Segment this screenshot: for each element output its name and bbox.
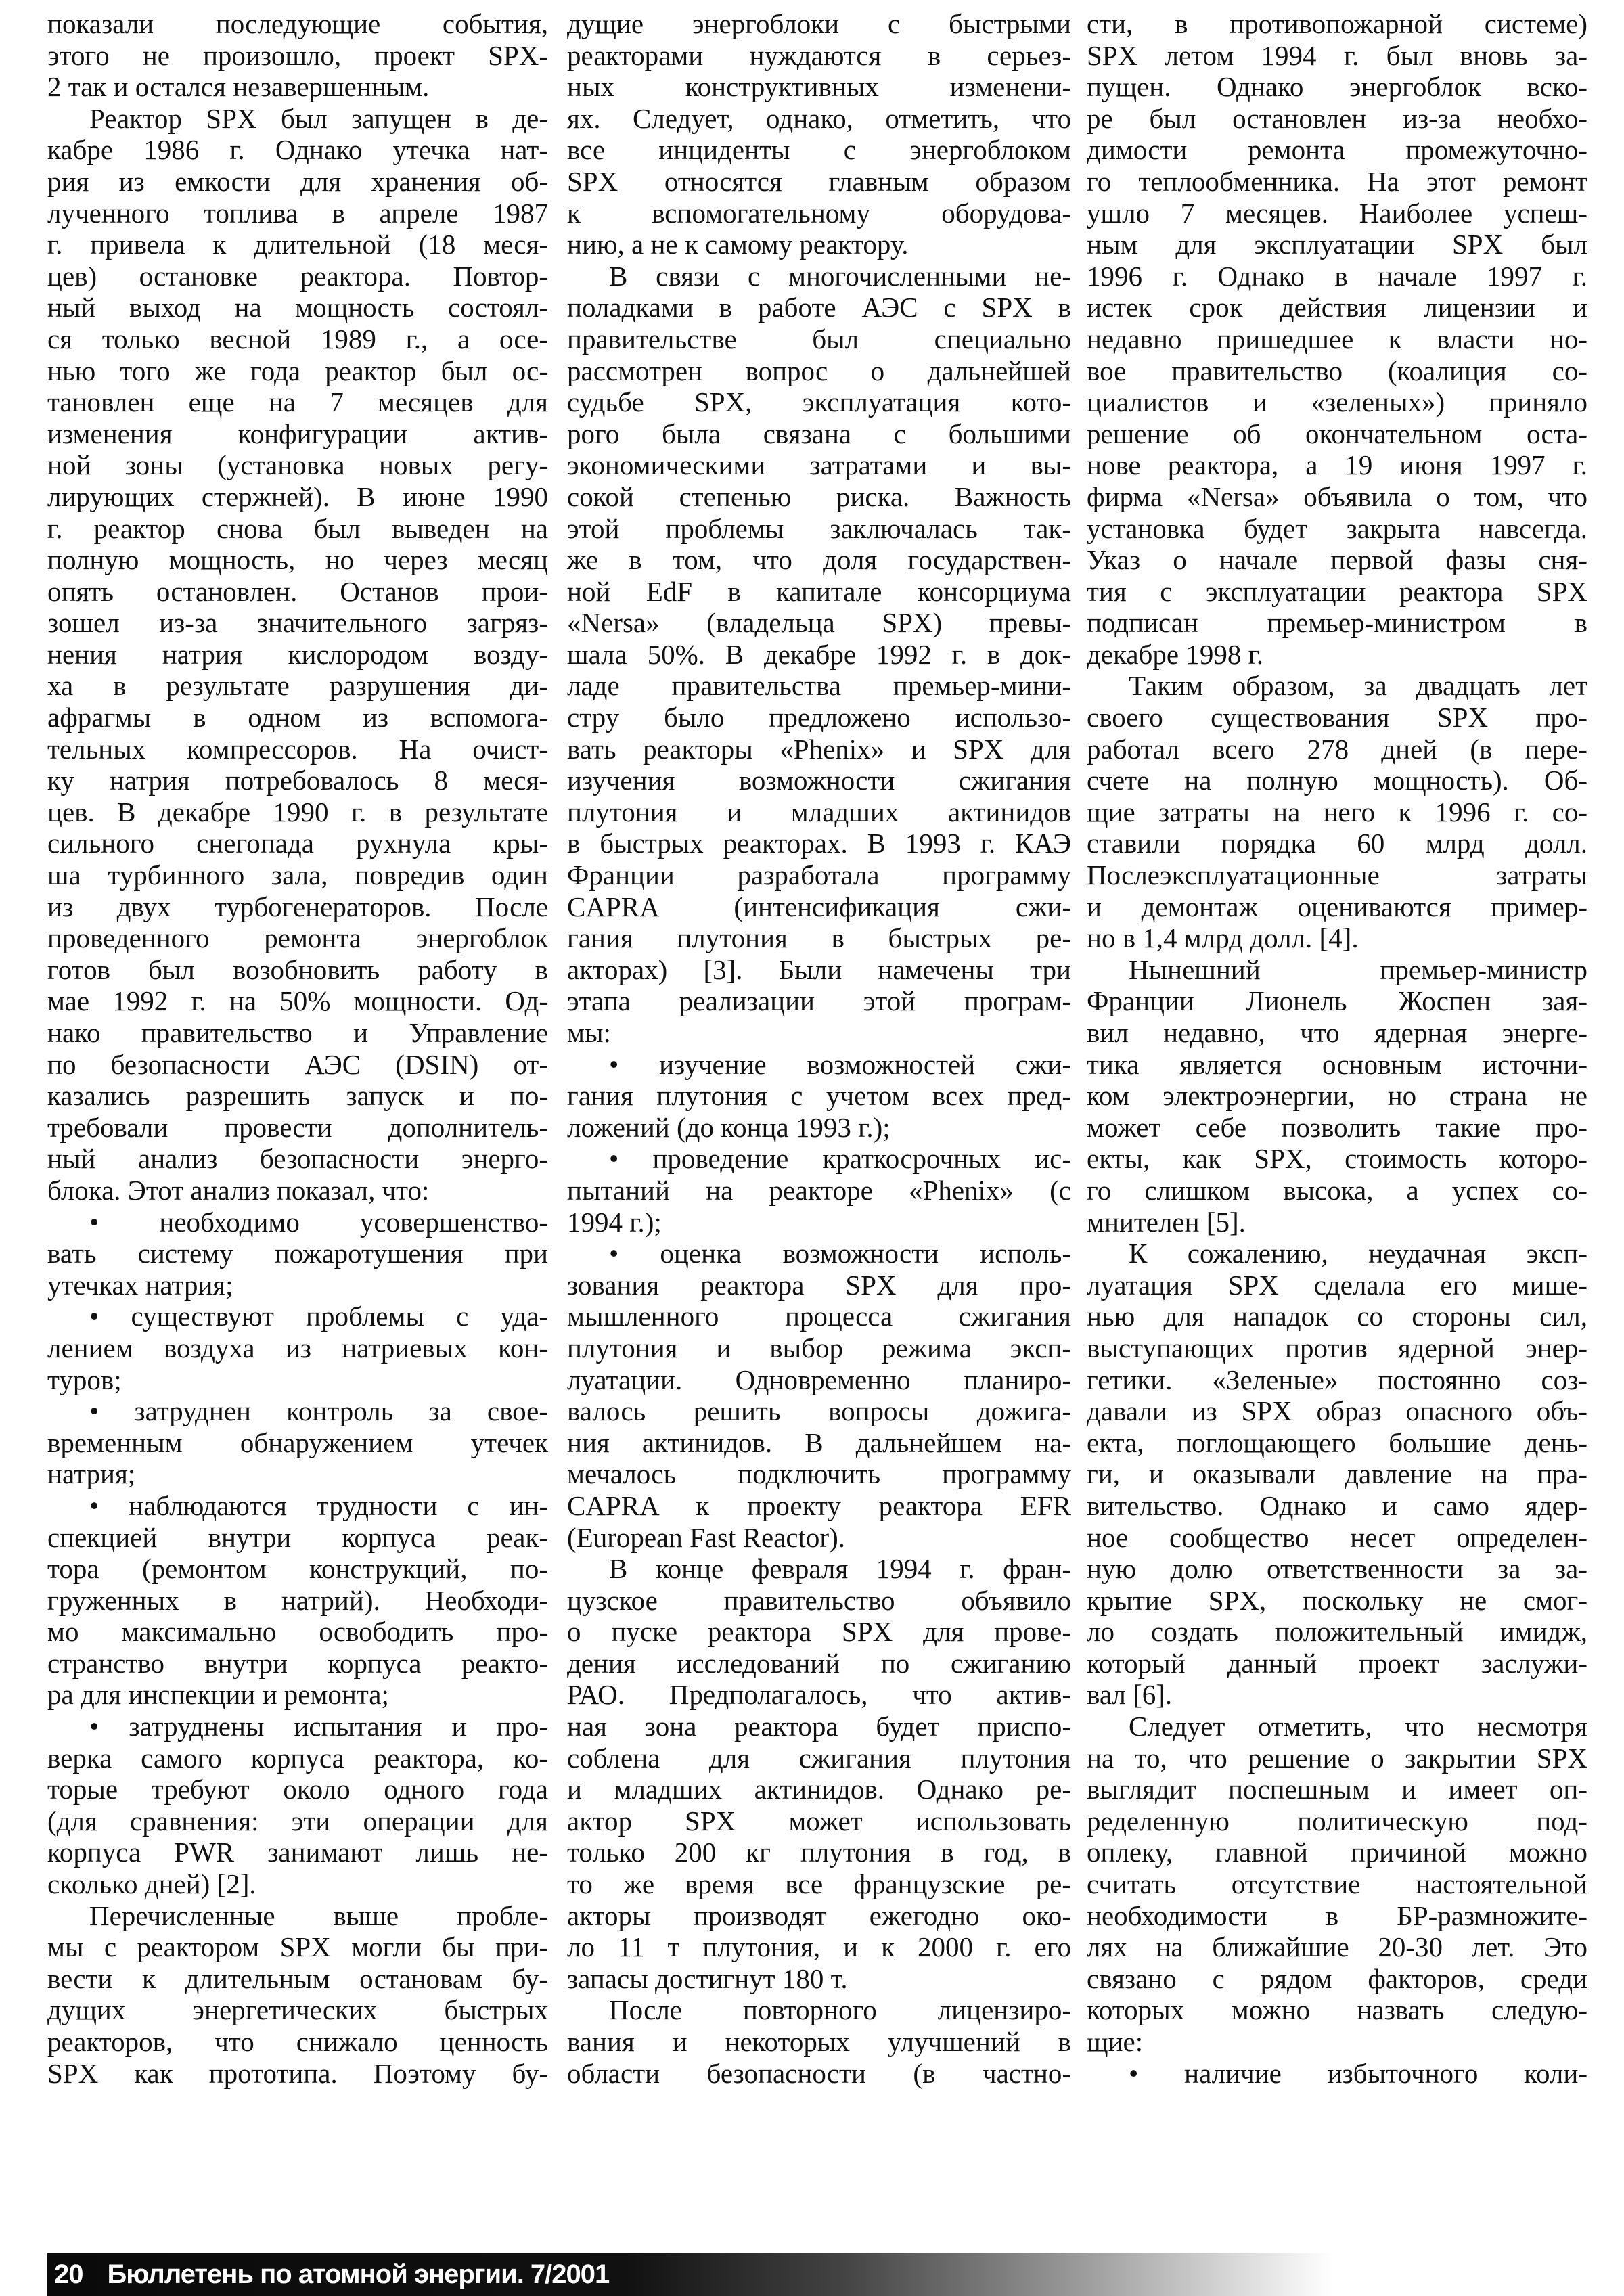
text-line: экономическими затратами и вы- [567,449,1071,481]
text-line: Следует отметить, что несмотря [1087,1711,1587,1742]
text-line: изучения возможности сжигания [567,765,1071,796]
text-line: «Nersa» (владельца SPX) превы- [567,607,1071,639]
text-line: спекцией внутри корпуса реак- [47,1522,548,1554]
text-line: ло 11 т плутония, и к 2000 г. его [567,1931,1071,1963]
text-line: ся только весной 1989 г., а осе- [47,323,548,355]
text-line: мышленного процесса сжигания [567,1301,1071,1332]
text-line: который данный проект заслужи- [1087,1648,1587,1680]
text-line: рого была связана с большими [567,418,1071,450]
text-line: • изучение возможностей сжи- [567,1049,1071,1081]
text-line: этой проблемы заключалась так- [567,513,1071,545]
text-line: груженных в натрий). Необходи- [47,1585,548,1617]
text-line: тика является основным источни- [1087,1049,1587,1081]
text-line: тельных компрессоров. На очист- [47,734,548,765]
text-line: ша турбинного зала, повредив один [47,859,548,891]
text-line: пытаний на реакторе «Phenix» (с [567,1175,1071,1207]
text-line: ния актинидов. В дальнейшем на- [567,1427,1071,1459]
text-line: сокой степенью риска. Важность [567,481,1071,513]
text-line: Реактор SPX был запущен в де- [47,103,548,135]
text-line: утечках натрия; [47,1269,548,1301]
text-line: и демонтаж оцениваются пример- [1087,891,1587,923]
text-line: ком электроэнергии, но страна не [1087,1080,1587,1112]
text-line: все инциденты с энергоблоком [567,134,1071,166]
text-line: • затруднены испытания и про- [47,1711,548,1742]
text-line: соблена для сжигания плутония [567,1742,1071,1774]
text-line: тия с эксплуатации реактора SPX [1087,576,1587,608]
text-line: SPX как прототипа. Поэтому бу- [47,2058,548,2090]
text-line: ло создать положительный имидж, [1087,1616,1587,1648]
text-line: туров; [47,1364,548,1396]
text-line: ным для эксплуатации SPX был [1087,229,1587,261]
text-line: 2 так и остался незавершенным. [47,71,548,103]
text-line: области безопасности (в частно- [567,2058,1071,2090]
text-line: ная зона реактора будет приспо- [567,1711,1071,1742]
text-line: работал всего 278 дней (в пере- [1087,734,1587,765]
text-line: плутония и младших актинидов [567,796,1071,828]
text-line: • наличие избыточного коли- [1087,2058,1587,2090]
text-line: считать отсутствие настоятельной [1087,1868,1587,1900]
text-line: подписан премьер-министром в [1087,607,1587,639]
text-line: лирующих стержней). В июне 1990 [47,481,548,513]
text-line: этого не произошло, проект SPX- [47,40,548,72]
text-line: ку натрия потребовалось 8 меся- [47,765,548,796]
text-line: нако правительство и Управление [47,1017,548,1049]
text-line: необходимости в БР-размножите- [1087,1900,1587,1932]
text-line: CAPRA (интенсификация сжи- [567,891,1071,923]
text-line: полную мощность, но через месяц [47,544,548,576]
text-line: судьбе SPX, эксплуатация кото- [567,386,1071,418]
text-line: SPX летом 1994 г. был вновь за- [1087,40,1587,72]
text-line: блока. Этот анализ показал, что: [47,1175,548,1207]
text-line: рия из емкости для хранения об- [47,166,548,198]
text-line: После повторного лицензиро- [567,1994,1071,2026]
text-line: цузское правительство объявило [567,1585,1071,1617]
text-line: пущен. Однако энергоблок вско- [1087,71,1587,103]
text-line: акторах) [3]. Были намечены три [567,954,1071,986]
text-line: ной зоны (установка новых регу- [47,449,548,481]
text-line: оплеку, главной причиной можно [1087,1837,1587,1868]
text-line: циалистов и «зеленых») приняло [1087,386,1587,418]
text-line: же в том, что доля государствен- [567,544,1071,576]
text-line: екты, как SPX, стоимость которо- [1087,1143,1587,1175]
text-line: ный выход на мощность состоял- [47,292,548,323]
text-line: вести к длительным остановам бу- [47,1963,548,1995]
text-line: связано с рядом факторов, среди [1087,1963,1587,1995]
text-line: мы: [567,1017,1071,1049]
text-line: мо максимально освободить про- [47,1616,548,1648]
text-line: готов был возобновить работу в [47,954,548,986]
text-line: Перечисленные выше пробле- [47,1900,548,1932]
text-line: давали из SPX образ опасного объ- [1087,1395,1587,1427]
text-line: • затруднен контроль за свое- [47,1395,548,1427]
text-line: то же время все французские ре- [567,1868,1071,1900]
text-line: В конце февраля 1994 г. фран- [567,1553,1071,1585]
text-line: (для сравнения: эти операции для [47,1805,548,1837]
text-line: нию, а не к самому реактору. [567,229,1071,261]
text-line: торые требуют около одного года [47,1774,548,1805]
text-line: лением воздуха из натриевых кон- [47,1332,548,1364]
text-line: дения исследований по сжиганию [567,1648,1071,1680]
text-line: луатации. Одновременно планиро- [567,1364,1071,1396]
text-line: ределенную политическую под- [1087,1805,1587,1837]
text-line: вительство. Однако и само ядер- [1087,1490,1587,1522]
text-line: валось решить вопросы дожига- [567,1395,1071,1427]
text-line: ушло 7 месяцев. Наиболее успеш- [1087,198,1587,229]
text-line: из двух турбогенераторов. После [47,891,548,923]
text-line: о пуске реактора SPX для прове- [567,1616,1071,1648]
text-line: ях. Следует, однако, отметить, что [567,103,1071,135]
text-column-3: сти, в противопожарной системе)SPX летом… [1087,8,1587,2089]
text-line: фирма «Nersa» объявила о том, что [1087,481,1587,513]
text-line: и младших актинидов. Однако ре- [567,1774,1071,1805]
text-line: изменения конфигурации актив- [47,418,548,450]
text-line: вания и некоторых улучшений в [567,2026,1071,2058]
text-line: Указ о начале первой фазы сня- [1087,544,1587,576]
text-line: гетики. «Зеленые» постоянно соз- [1087,1364,1587,1396]
text-line: решение об окончательном оста- [1087,418,1587,450]
text-line: опять остановлен. Останов прои- [47,576,548,608]
text-line: • наблюдаются трудности с ин- [47,1490,548,1522]
text-line: тановлен еще на 7 месяцев для [47,386,548,418]
text-line: • оценка возможности исполь- [567,1238,1071,1269]
document-page: показали последующие события,этого не пр… [0,0,1624,2296]
text-line: ное сообщество несет определен- [1087,1522,1587,1554]
text-line: димости ремонта промежуточно- [1087,134,1587,166]
text-line: 1994 г.); [567,1207,1071,1238]
text-line: выглядит поспешным и имеет оп- [1087,1774,1587,1805]
text-line: декабре 1998 г. [1087,639,1587,671]
text-line: г. реактор снова был выведен на [47,513,548,545]
text-line: • проведение краткосрочных ис- [567,1143,1071,1175]
text-line: гания плутония в быстрых ре- [567,922,1071,954]
text-line: актор SPX может использовать [567,1805,1071,1837]
text-line: дущих энергетических быстрых [47,1994,548,2026]
text-line: гания плутония с учетом всех пред- [567,1080,1071,1112]
text-line: кабре 1986 г. Однако утечка нат- [47,134,548,166]
text-line: ной EdF в капитале консорциума [567,576,1071,608]
text-line: мае 1992 г. на 50% мощности. Од- [47,985,548,1017]
text-line: (European Fast Reactor). [567,1522,1071,1554]
text-line: зошел из-за значительного загряз- [47,607,548,639]
text-line: щие: [1087,2026,1587,2058]
text-line: может себе позволить такие про- [1087,1112,1587,1144]
text-line: акторы производят ежегодно око- [567,1900,1071,1932]
text-line: которых можно назвать следую- [1087,1994,1587,2026]
text-line: на то, что решение о закрытии SPX [1087,1742,1587,1774]
text-line: вать реакторы «Phenix» и SPX для [567,734,1071,765]
text-line: установка будет закрыта навсегда. [1087,513,1587,545]
text-line: SPX относятся главным образом [567,166,1071,198]
text-line: нью для нападок со стороны сил, [1087,1301,1587,1332]
text-line: щие затраты на него к 1996 г. со- [1087,796,1587,828]
text-line: го теплообменника. На этот ремонт [1087,166,1587,198]
text-line: к вспомогательному оборудова- [567,198,1071,229]
text-line: реакторов, что снижало ценность [47,2026,548,2058]
text-line: натрия; [47,1458,548,1490]
text-line: плутония и выбор режима эксп- [567,1332,1071,1364]
text-line: го слишком высока, а успех со- [1087,1175,1587,1207]
text-line: • существуют проблемы с уда- [47,1301,548,1332]
text-line: К сожалению, неудачная эксп- [1087,1238,1587,1269]
text-line: ра для инспекции и ремонта; [47,1679,548,1711]
text-line: стру было предложено использо- [567,702,1071,734]
text-line: мнителен [5]. [1087,1207,1587,1238]
text-line: ставили порядка 60 млрд долл. [1087,828,1587,859]
text-line: корпуса PWR занимают лишь не- [47,1837,548,1868]
text-line: истек срок действия лицензии и [1087,292,1587,323]
text-line: 1996 г. Однако в начале 1997 г. [1087,261,1587,292]
text-line: сти, в противопожарной системе) [1087,8,1587,40]
page-number: 20 [54,2259,83,2290]
text-line: ха в результате разрушения ди- [47,670,548,702]
journal-title: Бюллетень по атомной энергии. 7/2001 [108,2259,610,2290]
text-line: г. привела к длительной (18 меся- [47,229,548,261]
text-line: Таким образом, за двадцать лет [1087,670,1587,702]
text-line: крытие SPX, поскольку не смог- [1087,1585,1587,1617]
text-line: проведенного ремонта энергоблок [47,922,548,954]
text-line: CAPRA к проекту реактора EFR [567,1490,1071,1522]
text-line: сколько дней) [2]. [47,1868,548,1900]
text-line: только 200 кг плутония в год, в [567,1837,1071,1868]
text-line: • необходимо усовершенство- [47,1207,548,1238]
text-line: Нынешний премьер-министр [1087,954,1587,986]
text-line: цев. В декабре 1990 г. в результате [47,796,548,828]
text-line: ложений (до конца 1993 г.); [567,1112,1071,1144]
text-line: луатация SPX сделала его мише- [1087,1269,1587,1301]
text-line: зования реактора SPX для про- [567,1269,1071,1301]
text-line: ладе правительства премьер-мини- [567,670,1071,702]
text-line: требовали провести дополнитель- [47,1112,548,1144]
text-line: вил недавно, что ядерная энерге- [1087,1017,1587,1049]
text-line: лях на ближайшие 20-30 лет. Это [1087,1931,1587,1963]
text-line: дущие энергоблоки с быстрыми [567,8,1071,40]
text-line: по безопасности АЭС (DSIN) от- [47,1049,548,1081]
text-line: мы с реактором SPX могли бы при- [47,1931,548,1963]
text-line: афрагмы в одном из вспомога- [47,702,548,734]
text-line: ную долю ответственности за за- [1087,1553,1587,1585]
text-line: нове реактора, а 19 июня 1997 г. [1087,449,1587,481]
text-line: запасы достигнут 180 т. [567,1963,1071,1995]
text-line: реакторами нуждаются в серьез- [567,40,1071,72]
text-line: показали последующие события, [47,8,548,40]
text-line: ре был остановлен из-за необхо- [1087,103,1587,135]
text-line: шала 50%. В декабре 1992 г. в док- [567,639,1071,671]
text-line: счете на полную мощность). Об- [1087,765,1587,796]
text-line: выступающих против ядерной энер- [1087,1332,1587,1364]
text-line: поладками в работе АЭС с SPX в [567,292,1071,323]
text-line: сильного снегопада рухнула кры- [47,828,548,859]
text-line: нения натрия кислородом возду- [47,639,548,671]
text-line: казались разрешить запуск и по- [47,1080,548,1112]
text-line: тора (ремонтом конструкций, по- [47,1553,548,1585]
text-line: мечалось подключить программу [567,1458,1071,1490]
text-line: ный анализ безопасности энерго- [47,1143,548,1175]
text-line: ги, и оказывали давление на пра- [1087,1458,1587,1490]
text-line: Франции разработала программу [567,859,1071,891]
text-line: екта, поглощающего большие день- [1087,1427,1587,1459]
text-line: рассмотрен вопрос о дальнейшей [567,355,1071,387]
text-line: временным обнаружением утечек [47,1427,548,1459]
text-line: Послеэксплуатационные затраты [1087,859,1587,891]
text-line: цев) остановке реактора. Повтор- [47,261,548,292]
text-line: В связи с многочисленными не- [567,261,1071,292]
text-line: вать систему пожаротушения при [47,1238,548,1269]
page-footer-bar: 20 Бюллетень по атомной энергии. 7/2001 [47,2253,1333,2296]
text-line: но в 1,4 млрд долл. [4]. [1087,922,1587,954]
text-line: этапа реализации этой програм- [567,985,1071,1017]
text-line: своего существования SPX про- [1087,702,1587,734]
text-column-1: показали последующие события,этого не пр… [47,8,548,2089]
text-line: странство внутри корпуса реакто- [47,1648,548,1680]
text-line: вал [6]. [1087,1679,1587,1711]
text-line: РАО. Предполагалось, что актив- [567,1679,1071,1711]
text-line: вое правительство (коалиция со- [1087,355,1587,387]
text-line: нью того же года реактор был ос- [47,355,548,387]
text-line: недавно пришедшее к власти но- [1087,323,1587,355]
text-line: верка самого корпуса реактора, ко- [47,1742,548,1774]
text-line: в быстрых реакторах. В 1993 г. КАЭ [567,828,1071,859]
text-line: правительстве был специально [567,323,1071,355]
text-line: лученного топлива в апреле 1987 [47,198,548,229]
text-line: ных конструктивных изменени- [567,71,1071,103]
text-column-2: дущие энергоблоки с быстрымиреакторами н… [567,8,1071,2089]
text-line: Франции Лионель Жоспен зая- [1087,985,1587,1017]
